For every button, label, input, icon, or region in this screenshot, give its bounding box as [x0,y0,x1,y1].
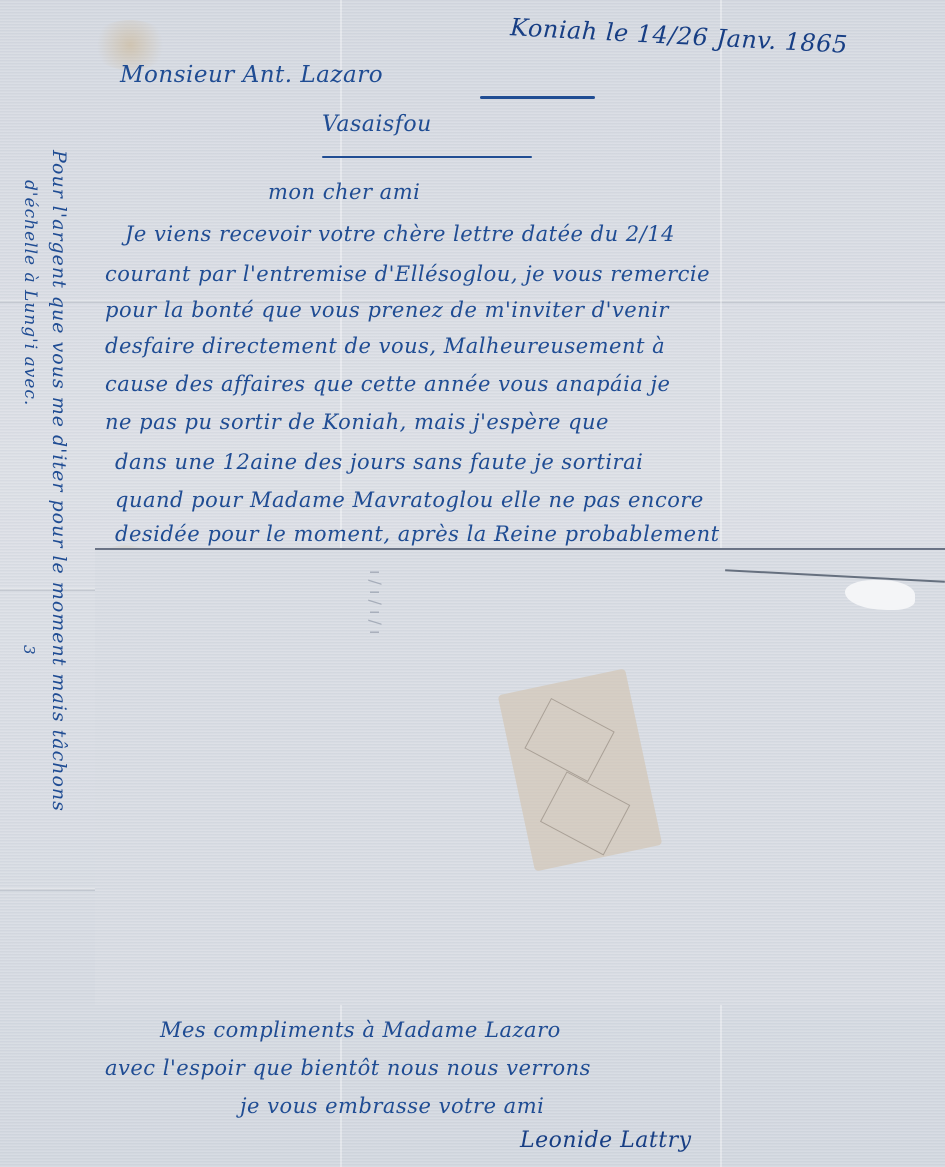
closing-line: Mes compliments à Madame Lazaro [160,1018,561,1042]
cancel-mark [524,698,614,782]
margin-note: Pour l'argent que vous me d'iter pour le… [48,150,70,812]
body-line: Je viens recevoir votre chère lettre dat… [125,222,675,246]
flourish [480,96,595,99]
salutation: mon cher ami [268,180,420,204]
body-line: courant par l'entremise d'Ellésoglou, je… [105,262,710,286]
cancel-mark [540,771,630,855]
body-line: quand pour Madame Mavratoglou elle ne pa… [115,488,704,512]
body-line: pour la bonté que vous prenez de m'invit… [105,298,669,322]
margin-note: d'échelle à Lung'i avec. [20,180,40,406]
letter-page: ı / ı / ı / ı Koniah le 14/26 Janv. 1865… [0,0,945,1167]
dateline: Koniah le 14/26 Janv. 1865 [509,13,848,59]
body-line: desidée pour le moment, après la Reine p… [115,522,720,546]
body-line: dans une 12aine des jours sans faute je … [115,450,643,474]
closing-line: je vous embrasse votre ami [240,1094,544,1118]
body-line: ne pas pu sortir de Koniah, mais j'espèr… [105,410,609,434]
underline-flourish [322,156,532,158]
closing-line: avec l'espoir que bientôt nous nous verr… [105,1056,591,1080]
signature: Leonide Lattry [520,1128,692,1153]
addressee-line2: Vasaisfou [322,112,432,137]
body-line: desfaire directement de vous, Malheureus… [105,334,665,358]
body-line: cause des affaires que cette année vous … [105,372,670,396]
margin-mark: 3 [20,645,38,656]
addressee-line1: Monsieur Ant. Lazaro [120,62,383,88]
